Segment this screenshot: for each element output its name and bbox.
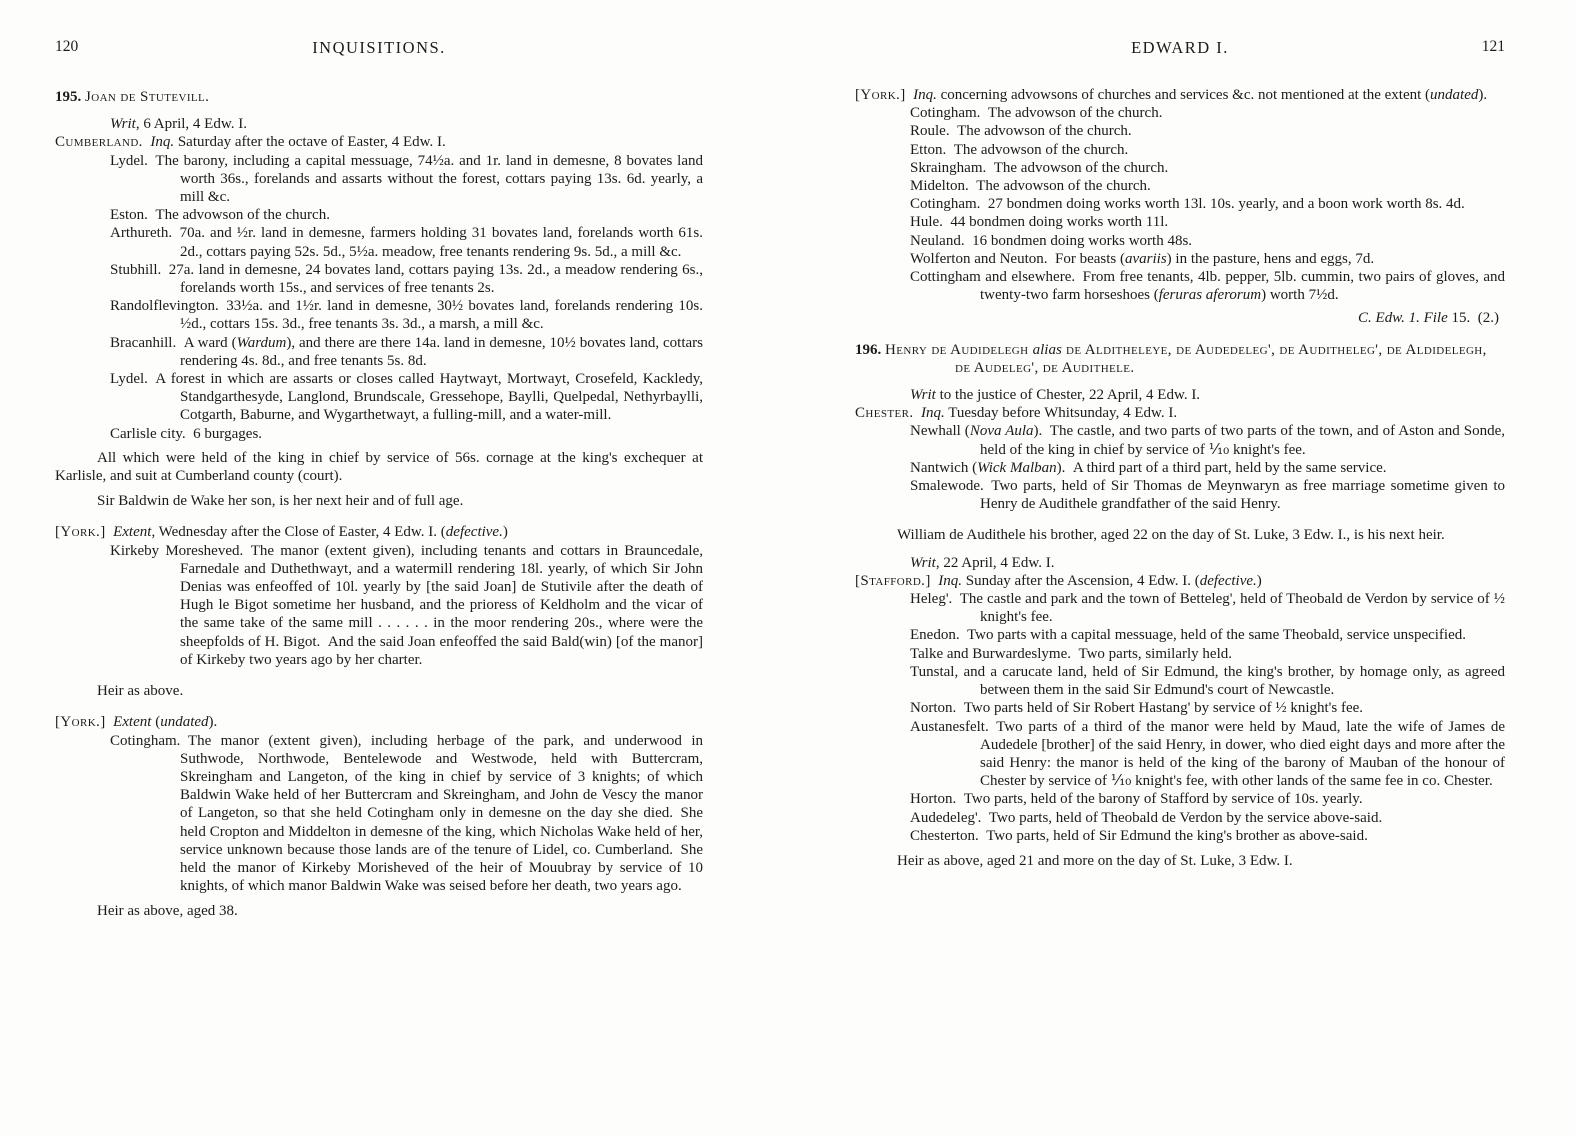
- place-item-heleg: Heleg'. The castle and park and the town…: [855, 590, 1505, 626]
- place-item-midelton: Midelton. The advowson of the church.: [855, 177, 1505, 195]
- place-item-hule: Hule. 44 bondmen doing works worth 11l.: [855, 213, 1505, 231]
- county-inquisition: Cumberland. Inq. Saturday after the octa…: [55, 133, 703, 151]
- place-item-etton: Etton. The advowson of the church.: [855, 141, 1505, 159]
- place-item-wolferton: Wolferton and Neuton. For beasts (avarii…: [855, 250, 1505, 268]
- running-title-right: EDWARD I.: [855, 38, 1505, 58]
- page-left: 120 INQUISITIONS. 195. Joan de Stutevill…: [55, 38, 703, 921]
- place-item-stubhill: Stubhill. 27a. land in demesne, 24 bovat…: [55, 261, 703, 297]
- place-item-cottingham-elsewhere: Cottingham and elsewhere. From free tena…: [855, 268, 1505, 304]
- place-item-chesterton: Chesterton. Two parts, held of Sir Edmun…: [855, 827, 1505, 845]
- heir-statement: Sir Baldwin de Wake her son, is her next…: [55, 492, 703, 510]
- place-item-lydel: Lydel. The barony, including a capital m…: [55, 152, 703, 207]
- place-item-cotingham: Cotingham. The manor (extent given), inc…: [55, 732, 703, 896]
- place-item-smalewode: Smalewode. Two parts, held of Sir Thomas…: [855, 477, 1505, 513]
- heir-william: William de Audithele his brother, aged 2…: [855, 526, 1505, 544]
- page-right-header: EDWARD I. 121: [855, 38, 1505, 72]
- place-item-horton: Horton. Two parts, held of the barony of…: [855, 790, 1505, 808]
- place-item-nantwich: Nantwich (Wick Malban). A third part of …: [855, 459, 1505, 477]
- heir-statement: Heir as above.: [55, 682, 703, 700]
- place-item-bracanhill: Bracanhill. A ward (Wardum), and there a…: [55, 334, 703, 370]
- stafford-inquisition: [Stafford.] Inq. Sunday after the Ascens…: [855, 572, 1505, 590]
- place-item-randolflevington: Randolflevington. 33½a. and 1½r. land in…: [55, 297, 703, 333]
- place-item-eston: Eston. The advowson of the church.: [55, 206, 703, 224]
- place-item-roule: Roule. The advowson of the church.: [855, 122, 1505, 140]
- place-item-lydel-forest: Lydel. A forest in which are assarts or …: [55, 370, 703, 425]
- tenure-summary: All which were held of the king in chief…: [55, 449, 703, 485]
- entry-heading-196: 196. Henry de Audidelegh alias de Aldith…: [855, 341, 1505, 377]
- writ-line-2: Writ, 22 April, 4 Edw. I.: [855, 554, 1505, 572]
- page-left-body: 195. Joan de Stutevill.Writ, 6 April, 4 …: [55, 88, 703, 921]
- york-extent: [York.] Extent, Wednesday after the Clos…: [55, 523, 703, 541]
- place-item-neuland: Neuland. 16 bondmen doing works worth 48…: [855, 232, 1505, 250]
- place-item-cotingham-advowson: Cotingham. The advowson of the church.: [855, 104, 1505, 122]
- place-item-skraingham: Skraingham. The advowson of the church.: [855, 159, 1505, 177]
- place-item-carlisle: Carlisle city. 6 burgages.: [55, 425, 703, 443]
- place-item-enedon: Enedon. Two parts with a capital messuag…: [855, 626, 1505, 644]
- entry-heading-195: 195. Joan de Stutevill.: [55, 88, 703, 106]
- place-item-cotingham-bondmen: Cotingham. 27 bondmen doing works worth …: [855, 195, 1505, 213]
- book-spread: 120 INQUISITIONS. 195. Joan de Stutevill…: [0, 0, 1576, 1135]
- heir-statement-aged: Heir as above, aged 38.: [55, 902, 703, 920]
- chester-inquisition: Chester. Inq. Tuesday before Whitsunday,…: [855, 404, 1505, 422]
- writ-line: Writ, 6 April, 4 Edw. I.: [55, 115, 703, 133]
- writ-line: Writ to the justice of Chester, 22 April…: [855, 386, 1505, 404]
- page-left-header: 120 INQUISITIONS.: [55, 38, 703, 72]
- place-item-arthureth: Arthureth. 70a. and ½r. land in demesne,…: [55, 224, 703, 260]
- place-item-talke: Talke and Burwardeslyme. Two parts, simi…: [855, 645, 1505, 663]
- place-item-tunstal: Tunstal, and a carucate land, held of Si…: [855, 663, 1505, 699]
- place-item-norton: Norton. Two parts held of Sir Robert Has…: [855, 699, 1505, 717]
- page-right-body: [York.] Inq. concerning advowsons of chu…: [855, 86, 1505, 870]
- page-number-right: 121: [1482, 38, 1505, 56]
- place-item-newhall: Newhall (Nova Aula). The castle, and two…: [855, 422, 1505, 458]
- running-title-left: INQUISITIONS.: [55, 38, 703, 58]
- file-reference: C. Edw. 1. File 15. (2.): [855, 309, 1505, 327]
- york-extent-undated: [York.] Extent (undated).: [55, 713, 703, 731]
- place-item-kirkeby: Kirkeby Moresheved. The manor (extent gi…: [55, 542, 703, 669]
- place-item-audedeleg: Audedeleg'. Two parts, held of Theobald …: [855, 809, 1505, 827]
- page-right: EDWARD I. 121 [York.] Inq. concerning ad…: [855, 38, 1505, 870]
- heir-statement: Heir as above, aged 21 and more on the d…: [855, 852, 1505, 870]
- york-inquisition: [York.] Inq. concerning advowsons of chu…: [855, 86, 1505, 104]
- place-item-austanesfelt: Austanesfelt. Two parts of a third of th…: [855, 718, 1505, 791]
